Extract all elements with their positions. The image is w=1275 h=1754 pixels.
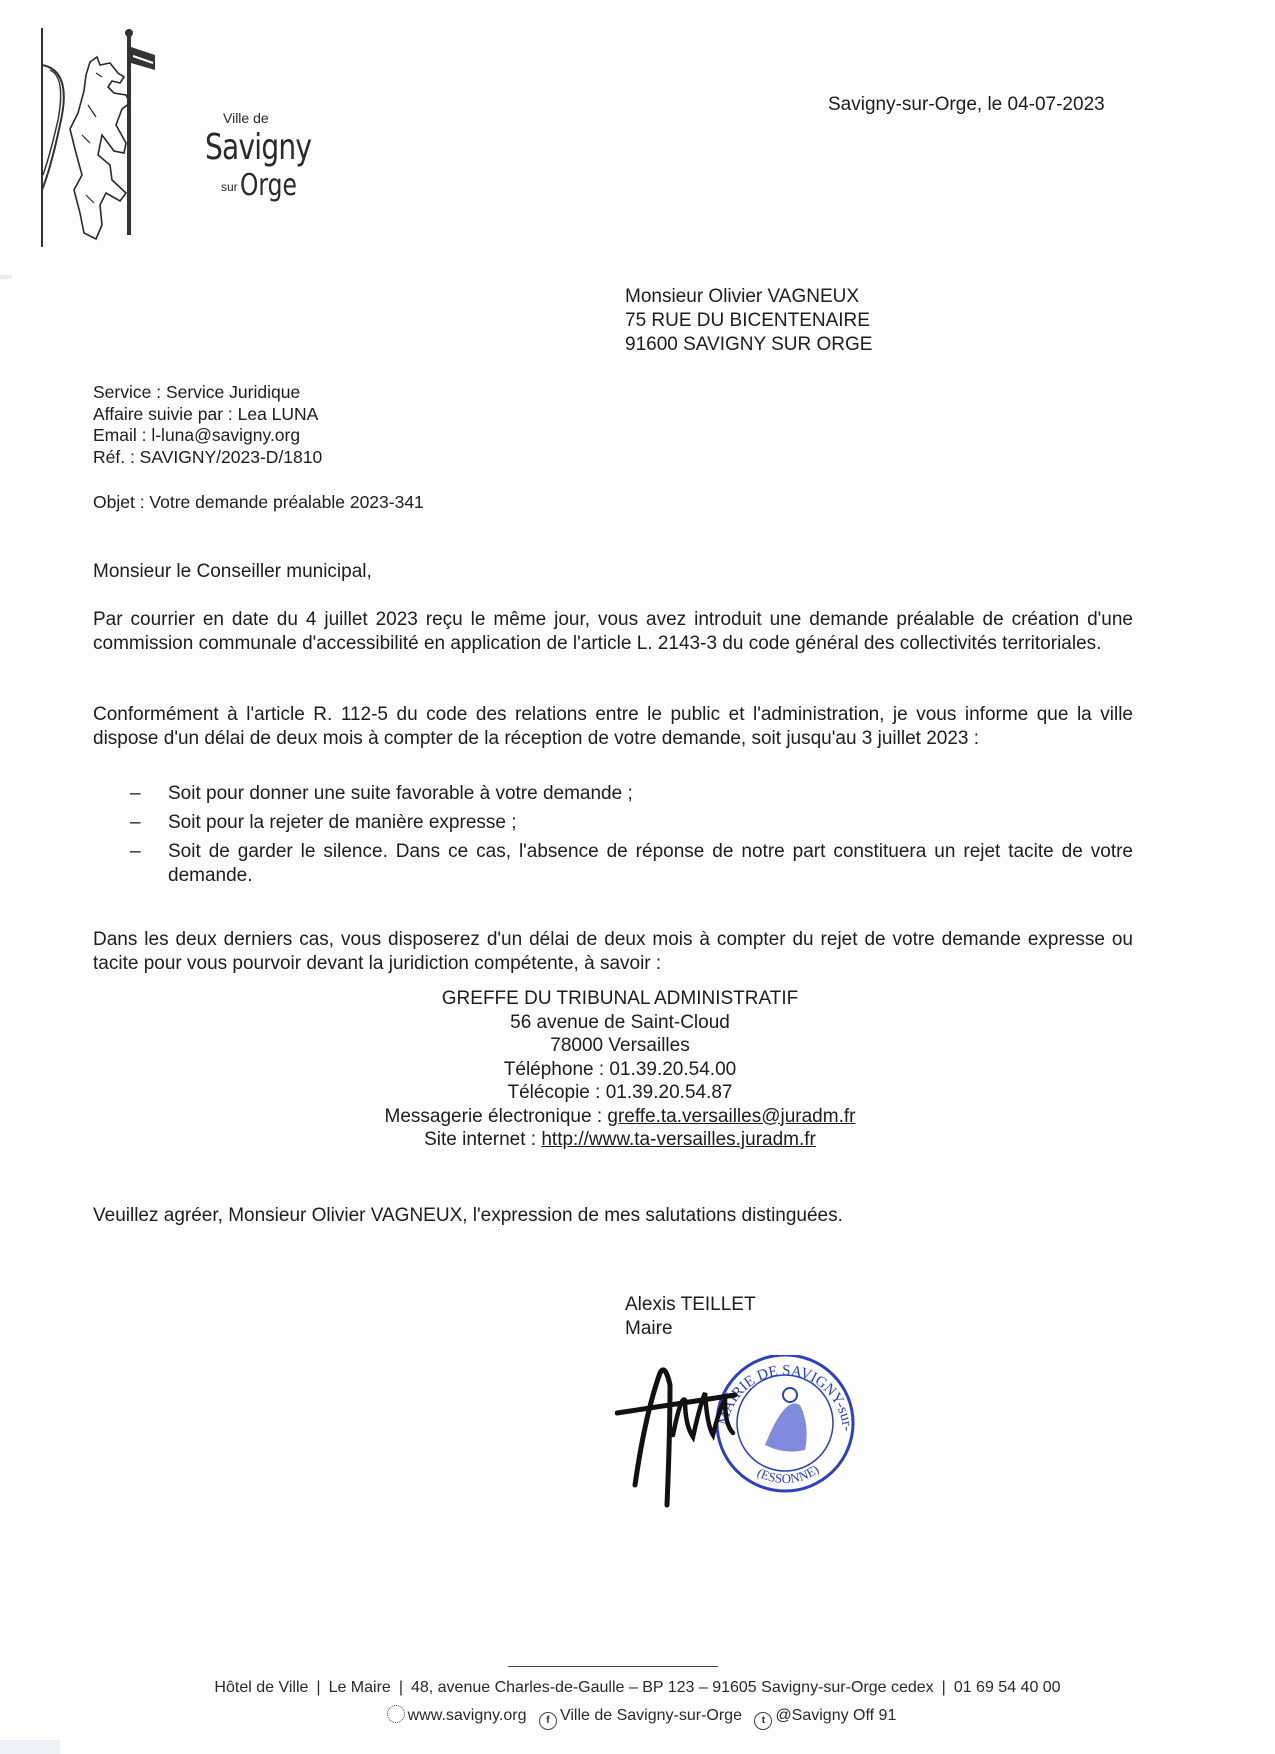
list-item-text: Soit pour donner une suite favorable à v…: [168, 783, 633, 804]
logo-savigny: Savigny: [205, 127, 311, 168]
facebook-icon: f: [539, 1712, 557, 1730]
footer-street-address: 48, avenue Charles-de-Gaulle – BP 123 – …: [411, 1679, 934, 1696]
court-email-label: Messagerie électronique :: [385, 1106, 608, 1127]
recipient-name: Monsieur Olivier VAGNEUX: [625, 285, 872, 309]
court-city: 78000 Versailles: [330, 1034, 910, 1058]
paragraph-deadline: Conformément à l'article R. 112-5 du cod…: [93, 703, 1133, 751]
court-street: 56 avenue de Saint-Cloud: [330, 1011, 910, 1035]
footer-website[interactable]: www.savigny.org: [408, 1707, 527, 1724]
court-phone: Téléphone : 01.39.20.54.00: [330, 1058, 910, 1082]
footer-address: Hôtel de Ville|Le Maire|48, avenue Charl…: [0, 1679, 1275, 1697]
list-item-text: Soit de garder le silence. Dans ce cas, …: [168, 841, 1133, 886]
handled-by-line: Affaire suivie par : Lea LUNA: [93, 404, 322, 426]
signature-and-stamp: MAIRIE DE SAVIGNY-sur-ORGE (ESSONNE): [615, 1355, 855, 1515]
lion-rampant-with-banner-icon: [40, 25, 180, 250]
footer-phone: 01 69 54 40 00: [954, 1679, 1061, 1696]
paragraph-request: Par courrier en date du 4 juillet 2023 r…: [93, 608, 1133, 656]
logo-ville-de: Ville de: [223, 110, 269, 126]
logo-sur: sur: [221, 180, 238, 194]
recipient-address: Monsieur Olivier VAGNEUX 75 RUE DU BICEN…: [625, 285, 872, 357]
dash-bullet-icon: –: [130, 782, 141, 806]
paragraph-appeal: Dans les deux derniers cas, vous dispose…: [93, 928, 1133, 976]
place-date: Savigny-sur-Orge, le 04-07-2023: [828, 93, 1105, 117]
court-site-link[interactable]: http://www.ta-versailles.juradm.fr: [541, 1129, 816, 1150]
footer-separator: |: [942, 1679, 946, 1696]
dash-bullet-icon: –: [130, 840, 141, 864]
letter-page: Ville de Savigny sur Orge Savigny-sur-Or…: [0, 0, 1275, 1754]
svg-text:(ESSONNE): (ESSONNE): [755, 1462, 822, 1487]
email-line: Email : l-luna@savigny.org: [93, 425, 322, 447]
court-fax: Télécopie : 01.39.20.54.87: [330, 1081, 910, 1105]
options-list: –Soit pour donner une suite favorable à …: [93, 782, 1133, 893]
footer-social: www.savigny.org fVille de Savigny-sur-Or…: [0, 1705, 1275, 1730]
official-stamp-icon: MAIRIE DE SAVIGNY-sur-ORGE (ESSONNE): [615, 1355, 855, 1491]
signer-block: Alexis TEILLET Maire: [625, 1293, 756, 1341]
recipient-city: 91600 SAVIGNY SUR ORGE: [625, 333, 872, 357]
closing-formula: Veuillez agréer, Monsieur Olivier VAGNEU…: [93, 1205, 843, 1227]
list-item: –Soit pour donner une suite favorable à …: [93, 782, 1133, 806]
dash-bullet-icon: –: [130, 811, 141, 835]
scan-artifact: [0, 275, 12, 279]
court-site-row: Site internet : http://www.ta-versailles…: [330, 1128, 910, 1152]
list-item: –Soit pour la rejeter de manière express…: [93, 811, 1133, 835]
footer-twitter[interactable]: @Savigny Off 91: [775, 1707, 896, 1724]
scan-artifact: [0, 1740, 60, 1754]
reference-line: Réf. : SAVIGNY/2023-D/1810: [93, 447, 322, 469]
service-line: Service : Service Juridique: [93, 382, 322, 404]
footer-le-maire: Le Maire: [329, 1679, 391, 1696]
twitter-icon: t: [754, 1712, 772, 1730]
list-item: –Soit de garder le silence. Dans ce cas,…: [93, 840, 1133, 888]
salutation: Monsieur le Conseiller municipal,: [93, 560, 372, 584]
reference-block: Service : Service Juridique Affaire suiv…: [93, 382, 322, 468]
city-logo: Ville de Savigny sur Orge: [40, 25, 280, 250]
court-name: GREFFE DU TRIBUNAL ADMINISTRATIF: [330, 987, 910, 1011]
signer-name: Alexis TEILLET: [625, 1293, 756, 1317]
footer-separator: |: [316, 1679, 320, 1696]
logo-orge: Orge: [240, 168, 297, 203]
court-site-label: Site internet :: [424, 1129, 541, 1150]
subject-line: Objet : Votre demande préalable 2023-341: [93, 491, 424, 515]
court-email-row: Messagerie électronique : greffe.ta.vers…: [330, 1105, 910, 1129]
list-item-text: Soit pour la rejeter de manière expresse…: [168, 812, 517, 833]
signer-title: Maire: [625, 1317, 756, 1341]
footer-divider: [508, 1666, 718, 1667]
court-email-link[interactable]: greffe.ta.versailles@juradm.fr: [607, 1106, 855, 1127]
court-address-block: GREFFE DU TRIBUNAL ADMINISTRATIF 56 aven…: [330, 987, 910, 1152]
footer-facebook[interactable]: Ville de Savigny-sur-Orge: [560, 1707, 742, 1724]
recipient-street: 75 RUE DU BICENTENAIRE: [625, 309, 872, 333]
footer-separator: |: [399, 1679, 403, 1696]
globe-icon: [387, 1705, 405, 1723]
footer-hotel-de-ville: Hôtel de Ville: [214, 1679, 308, 1696]
